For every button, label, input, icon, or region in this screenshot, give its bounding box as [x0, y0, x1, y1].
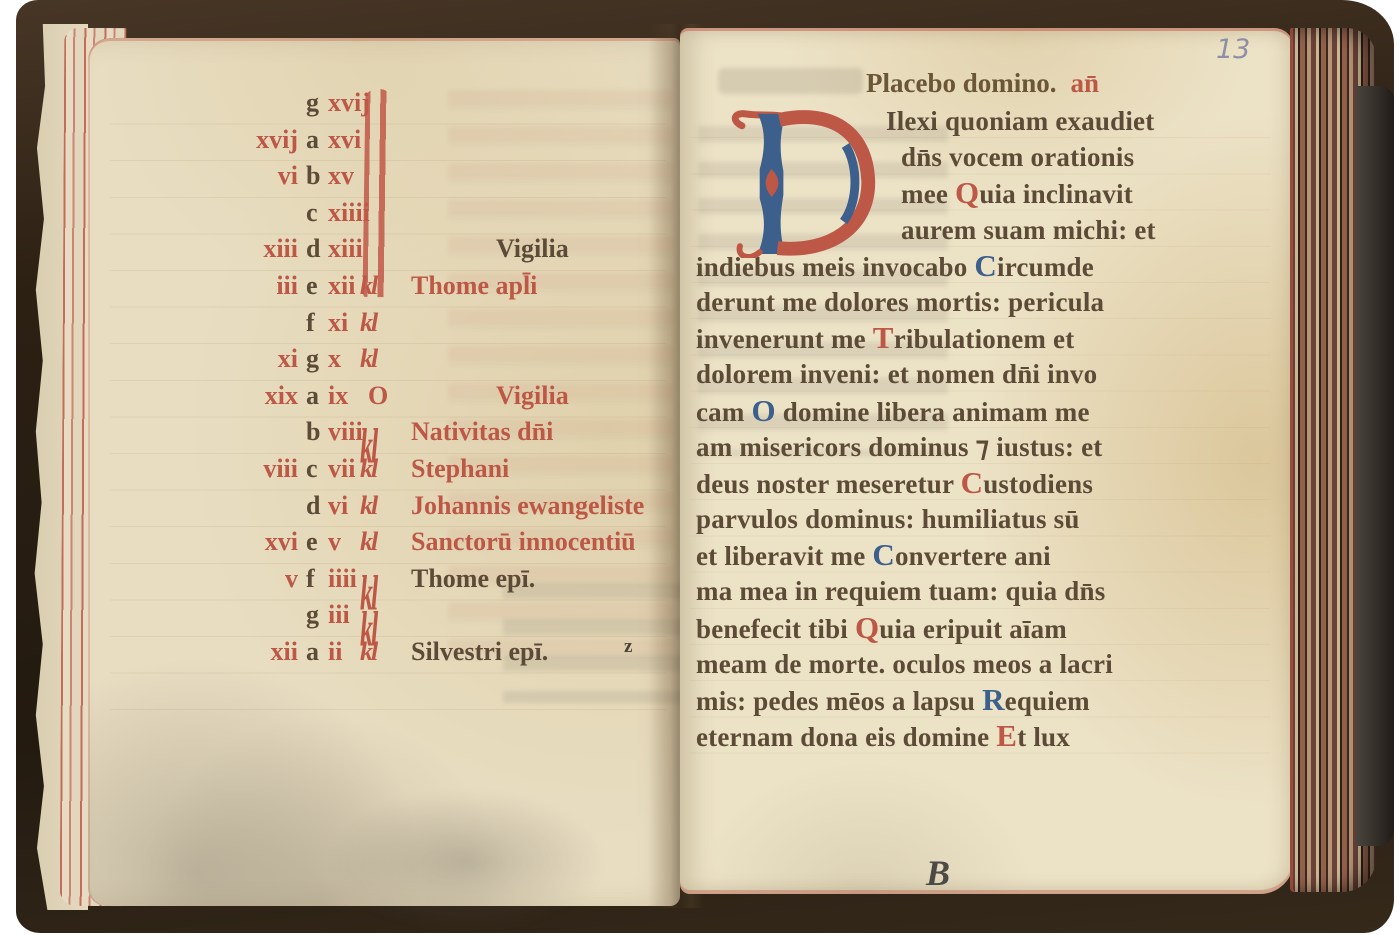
- initial-d-bottom-flourish: [740, 246, 760, 257]
- feast-name: Thome apl̄i: [411, 269, 537, 303]
- psalm-text-run: uia inclinavit: [979, 179, 1133, 209]
- psalm-line: parvulos dominus: humiliatus sū: [696, 502, 1276, 538]
- dominical-letter: b: [306, 415, 320, 449]
- calendar-row: gxvij: [248, 86, 678, 123]
- day-count: xii: [328, 269, 355, 303]
- day-count: v: [328, 525, 341, 559]
- day-count: viii: [328, 415, 363, 449]
- psalm-text-run: am misericors dominus ⁊ iustus: et: [696, 432, 1102, 462]
- antiphon-mark: an̄: [1071, 68, 1100, 98]
- psalm-line: cam O domine libera animam me: [696, 394, 1276, 430]
- illuminated-initial-d: [728, 108, 896, 258]
- dominical-letter: a: [306, 635, 319, 669]
- stray-ink-mark: z: [624, 636, 632, 658]
- dominical-letter: a: [306, 123, 319, 157]
- feast-name: Thome epī.: [411, 562, 535, 596]
- day-count: ii: [328, 635, 342, 669]
- psalm-line: meam de morte. oculos meos a lacri: [696, 647, 1276, 683]
- feast-name: Nativitas dn̄i: [411, 415, 553, 449]
- golden-number: xvi: [248, 525, 298, 559]
- dominical-letter: e: [306, 525, 318, 559]
- calendar-row: dviklJohannis ewangeliste: [248, 489, 678, 526]
- dominical-letter: a: [306, 379, 319, 413]
- day-count: xvij: [328, 86, 370, 120]
- feast-name: Johannis ewangeliste: [411, 489, 644, 523]
- golden-number: xii: [248, 635, 298, 669]
- kalends-mark: kl: [360, 525, 376, 559]
- golden-number: xix: [248, 379, 298, 413]
- show-through-ghost-text: [718, 68, 863, 94]
- psalm-text-run: uia eripuit aīam: [879, 614, 1067, 644]
- psalm-line: Ilexi quoniam exaudiet: [886, 104, 1276, 140]
- calendar-row: vibxv: [248, 159, 678, 196]
- calendar-row: xvievklSanctorū innocentiū: [248, 525, 678, 562]
- psalm-line: mee Quia inclinavit: [901, 176, 1276, 212]
- psalm-text-run: derunt me dolores mortis: pericula: [696, 287, 1104, 317]
- kalends-mark: kl: [360, 635, 376, 669]
- day-count: xi: [328, 306, 348, 340]
- psalm-line: eternam dona eis domine Et lux: [696, 719, 1276, 755]
- left-page-calendar: gxvijxvijaxvivibxvcxiiiixiiidxiiiVigilia…: [88, 38, 680, 906]
- psalm-text-run: domine libera animam me: [776, 397, 1090, 427]
- psalm-line: et liberavit me Convertere ani: [696, 538, 1276, 574]
- versal-letter: T: [873, 320, 894, 355]
- book-binding-right-edge: [1356, 86, 1394, 846]
- calendar-row: vfiiiiklThome epī.: [248, 562, 678, 599]
- psalm-line: dn̄s vocem orationis: [901, 140, 1276, 176]
- psalm-text-run: aurem suam michi: et: [901, 215, 1156, 245]
- psalm-line: benefecit tibi Quia eripuit aīam: [696, 611, 1276, 647]
- feast-name: Stephani: [411, 452, 509, 486]
- versal-letter: E: [996, 718, 1017, 753]
- versal-letter: C: [872, 537, 895, 572]
- psalm-text-run: et liberavit me: [696, 541, 872, 571]
- psalm-line: deus noster meseretur Custodiens: [696, 466, 1276, 502]
- day-count: vii: [328, 452, 355, 486]
- calendar-row: xiiaiiklSilvestri epī.: [248, 635, 678, 672]
- psalm-text-run: deus noster meseretur: [696, 469, 961, 499]
- folio-number-pencil: 13: [1216, 34, 1250, 65]
- calendar-row: xiiidxiiiVigilia: [248, 232, 678, 269]
- kalends-mark: kl: [360, 306, 376, 340]
- quire-signature-mark: B: [926, 852, 950, 894]
- versal-letter: Q: [955, 175, 979, 210]
- psalm-text-run: ribulationem et: [894, 324, 1075, 354]
- dominical-letter: b: [306, 159, 320, 193]
- calendar-row: fxikl: [248, 306, 678, 343]
- psalm-text-run: mis: pedes mēos a lapsu: [696, 686, 982, 716]
- golden-number: xvij: [248, 123, 298, 157]
- feast-name: Sanctorū innocentiū: [411, 525, 636, 559]
- day-count: iii: [328, 598, 350, 632]
- feast-name: Vigilia: [496, 232, 569, 266]
- psalm-text-run: benefecit tibi: [696, 614, 855, 644]
- dominical-letter: f: [306, 306, 315, 340]
- versal-letter: O: [752, 393, 776, 428]
- golden-number: xi: [248, 342, 298, 376]
- calendar-row: xigxkl: [248, 342, 678, 379]
- psalm-text-run: eternam dona eis domine: [696, 722, 996, 752]
- golden-number: vi: [248, 159, 298, 193]
- versal-letter: R: [982, 682, 1005, 717]
- psalm-line: aurem suam michi: et: [901, 213, 1276, 249]
- rubric-text: Placebo domino.: [866, 68, 1057, 98]
- calendar-row: xixaixOVigilia: [248, 379, 678, 416]
- kalends-mark: kl: [360, 342, 376, 376]
- psalm-text-run: ustodiens: [983, 469, 1093, 499]
- o-mark: O: [368, 379, 388, 413]
- psalm-text-run: equiem: [1005, 686, 1090, 716]
- dominical-letter: g: [306, 598, 319, 632]
- psalm-text-run: onvertere ani: [895, 541, 1051, 571]
- dominical-letter: f: [306, 562, 315, 596]
- psalm-line: invenerunt me Tribulationem et: [696, 321, 1276, 357]
- day-count: iiii: [328, 562, 357, 596]
- day-count: xiii: [328, 232, 363, 266]
- dominical-letter: c: [306, 196, 318, 230]
- feast-name: Vigilia: [496, 379, 569, 413]
- psalm-text-run: dn̄s vocem orationis: [901, 142, 1134, 172]
- psalm-text-run: meam de morte. oculos meos a lacri: [696, 649, 1113, 679]
- golden-number: xiii: [248, 232, 298, 266]
- day-count: xvi: [328, 123, 361, 157]
- day-count: vi: [328, 489, 348, 523]
- corner-soiling: [318, 768, 648, 935]
- versal-letter: C: [961, 465, 984, 500]
- golden-number: v: [248, 562, 298, 596]
- rubric-line: Placebo domino.an̄: [866, 68, 1099, 99]
- dominical-letter: e: [306, 269, 318, 303]
- initial-d-inner-blue: [844, 146, 855, 222]
- day-count: ix: [328, 379, 348, 413]
- dominical-letter: g: [306, 342, 319, 376]
- psalm-text-run: mee: [901, 179, 955, 209]
- psalm-line: ma mea in requiem tuam: quia dn̄s: [696, 574, 1276, 610]
- versal-letter: Q: [855, 610, 879, 645]
- golden-number: iii: [248, 269, 298, 303]
- psalm-text-run: Ilexi quoniam exaudiet: [886, 106, 1154, 136]
- psalm-line: am misericors dominus ⁊ iustus: et: [696, 430, 1276, 466]
- psalm-text-run: ircumde: [997, 252, 1094, 282]
- manuscript-photo: gxvijxvijaxvivibxvcxiiiixiiidxiiiVigilia…: [0, 0, 1400, 935]
- kalends-mark: kl: [360, 452, 376, 486]
- psalm-text-run: parvulos dominus: humiliatus sū: [696, 504, 1080, 534]
- calendar-table: gxvijxvijaxvivibxvcxiiiixiiidxiiiVigilia…: [248, 86, 678, 672]
- calendar-row: viiicviiklStephani: [248, 452, 678, 489]
- dominical-letter: d: [306, 489, 320, 523]
- psalm-text-run: invenerunt me: [696, 324, 873, 354]
- golden-number: viii: [248, 452, 298, 486]
- psalm-line: dolorem inveni: et nomen dn̄i invo: [696, 357, 1276, 393]
- day-count: x: [328, 342, 341, 376]
- feast-name: Silvestri epī.: [411, 635, 548, 669]
- kalends-flourish: [363, 89, 392, 297]
- dominical-letter: d: [306, 232, 320, 266]
- psalm-line: derunt me dolores mortis: pericula: [696, 285, 1276, 321]
- dominical-letter: c: [306, 452, 318, 486]
- dominical-letter: g: [306, 86, 319, 120]
- psalm-text-run: ma mea in requiem tuam: quia dn̄s: [696, 576, 1105, 606]
- psalm-text-run: dolorem inveni: et nomen dn̄i invo: [696, 359, 1097, 389]
- calendar-row: giiikl: [248, 598, 678, 635]
- psalm-text-run: cam: [696, 397, 752, 427]
- psalm-text-run: t lux: [1017, 722, 1070, 752]
- right-page-psalm: 13 Placebo domino.an̄ Ilexi quoniam exau…: [680, 28, 1294, 894]
- psalm-line: mis: pedes mēos a lapsu Requiem: [696, 683, 1276, 719]
- kalends-mark: kl: [360, 489, 376, 523]
- versal-letter: C: [974, 248, 997, 283]
- calendar-row: bviiiklNativitas dn̄i: [248, 415, 678, 452]
- calendar-row: cxiiii: [248, 196, 678, 233]
- calendar-row: xvijaxvi: [248, 123, 678, 160]
- calendar-row: iiiexiiklThome apl̄i: [248, 269, 678, 306]
- day-count: xv: [328, 159, 354, 193]
